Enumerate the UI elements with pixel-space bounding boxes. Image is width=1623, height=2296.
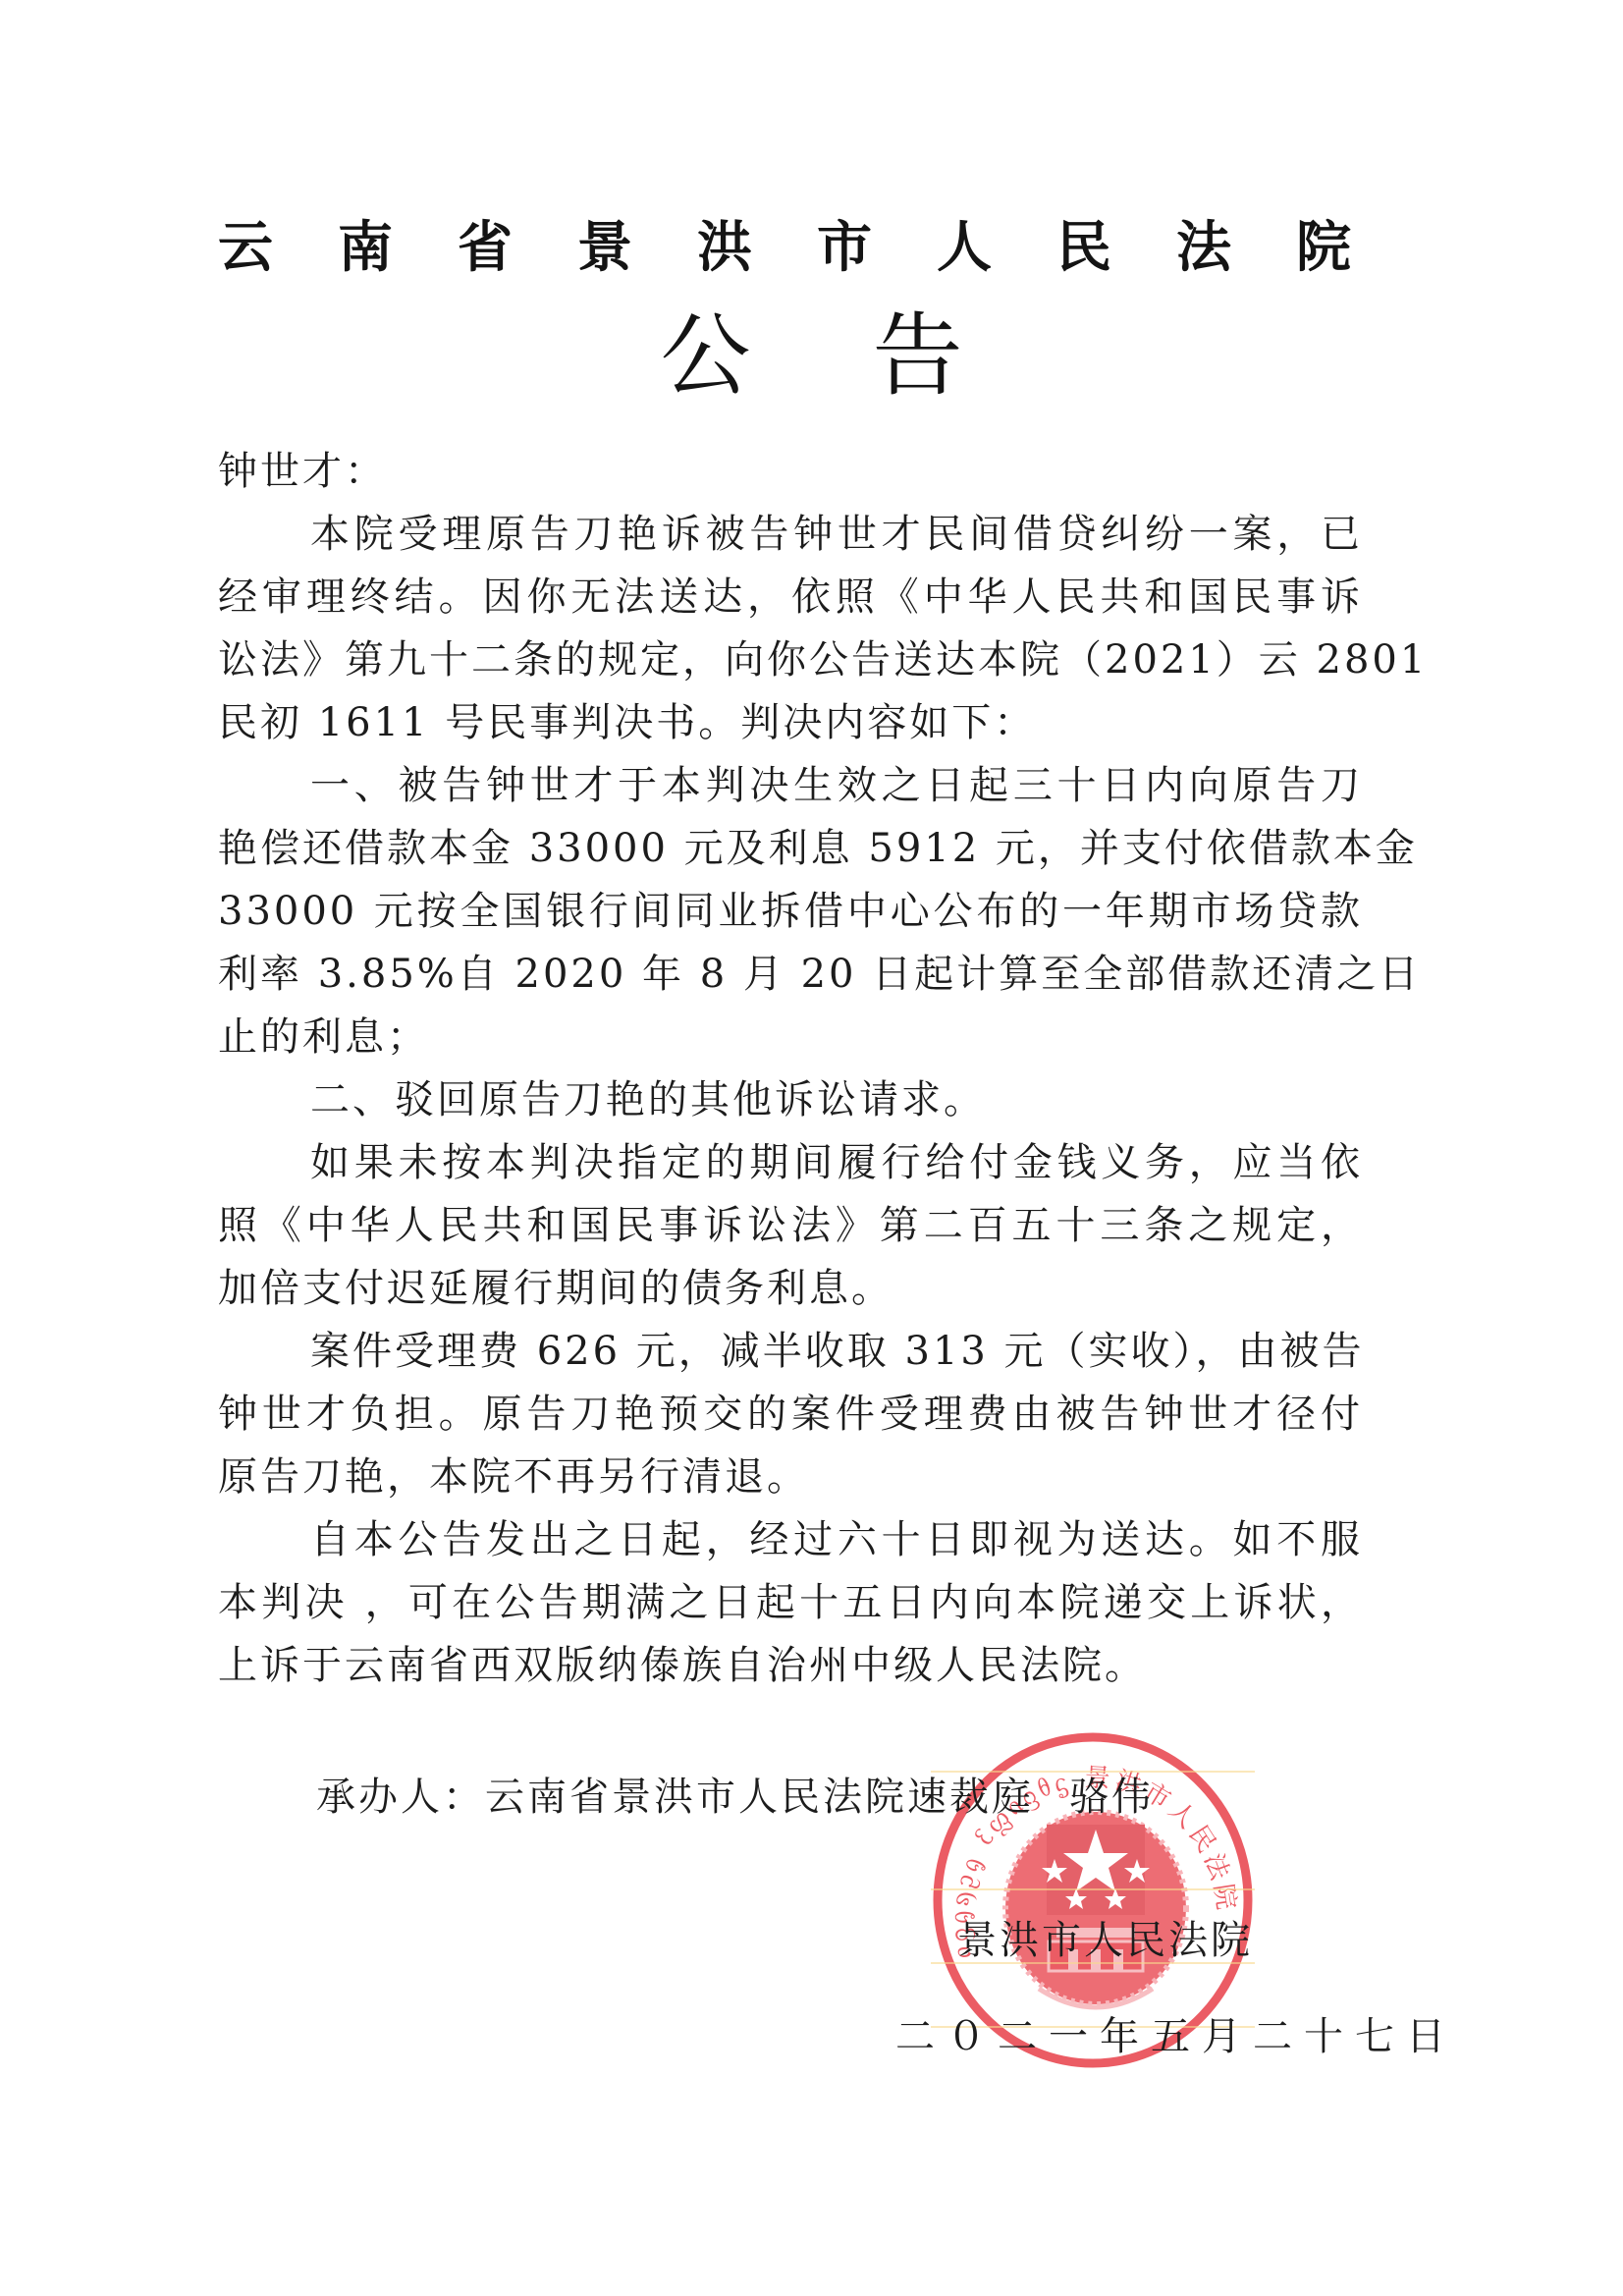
paragraph-6-line-3: 上诉于云南省西双版纳傣族自治州中级人民法院。	[218, 1634, 1363, 1697]
judgment-item-1-line-3: 33000 元按全国银行间同业拆借中心公布的一年期市场贷款	[218, 880, 1363, 943]
judgment-item-1-line-5: 止的利息；	[218, 1006, 1363, 1068]
paragraph-4-line-2: 照《中华人民共和国民事诉讼法》第二百五十三条之规定，	[218, 1194, 1363, 1257]
paragraph-6-line-1: 自本公告发出之日起，经过六十日即视为送达。如不服	[218, 1508, 1363, 1571]
paragraph-1-line-3: 讼法》第九十二条的规定，向你公告送达本院（2021）云 2801	[218, 629, 1363, 691]
notice-body: 钟世才： 本院受理原告刀艳诉被告钟世才民间借贷纠纷一案，已 经审理终结。因你无法…	[218, 440, 1363, 1697]
notice-title: 公告	[0, 302, 1623, 410]
paragraph-5-line-2: 钟世才负担。原告刀艳预交的案件受理费由被告钟世才径付	[218, 1383, 1363, 1446]
paragraph-4-line-1: 如果未按本判决指定的期间履行给付金钱义务，应当依	[218, 1131, 1363, 1194]
judgment-item-2: 二、驳回原告刀艳的其他诉讼请求。	[218, 1068, 1363, 1131]
issuing-court: 景洪市人民法院	[957, 1909, 1253, 1972]
judgment-item-1-line-4: 利率 3.85%自 2020 年 8 月 20 日起计算至全部借款还清之日	[218, 943, 1363, 1006]
paragraph-1-line-2: 经审理终结。因你无法送达，依照《中华人民共和国民事诉	[218, 566, 1363, 629]
notice-title-char-2: 告	[873, 302, 963, 410]
handler-label: 承办人：云南省景洪市人民法院速裁庭	[316, 1775, 1034, 1820]
paragraph-5-line-1: 案件受理费 626 元，减半收取 313 元（实收），由被告	[218, 1320, 1363, 1383]
judgment-item-1-line-2: 艳偿还借款本金 33000 元及利息 5912 元，并支付依借款本金	[218, 817, 1363, 880]
paragraph-4-line-3: 加倍支付迟延履行期间的债务利息。	[218, 1257, 1363, 1320]
notice-title-char-1: 公	[660, 302, 750, 410]
paragraph-1-line-4: 民初 1611 号民事判决书。判决内容如下：	[218, 691, 1363, 754]
document-page: 云南省景洪市人民法院 公告 钟世才： 本院受理原告刀艳诉被告钟世才民间借贷纠纷一…	[0, 0, 1623, 2296]
paragraph-1-line-1: 本院受理原告刀艳诉被告钟世才民间借贷纠纷一案，已	[218, 503, 1363, 566]
issue-date: 二０二一年五月二十七日	[895, 2005, 1457, 2068]
paragraph-5-line-3: 原告刀艳，本院不再另行清退。	[218, 1446, 1363, 1508]
judgment-item-1-line-1: 一、被告钟世才于本判决生效之日起三十日内向原告刀	[218, 754, 1363, 817]
court-name-heading: 云南省景洪市人民法院	[218, 214, 1337, 283]
addressee: 钟世才：	[218, 440, 1363, 503]
handler-signature: 承办人：云南省景洪市人民法院速裁庭骆伟	[316, 1766, 1154, 1829]
handler-name: 骆伟	[1069, 1775, 1154, 1820]
paragraph-6-line-2: 本判决 ，可在公告期满之日起十五日内向本院递交上诉状，	[218, 1571, 1363, 1634]
